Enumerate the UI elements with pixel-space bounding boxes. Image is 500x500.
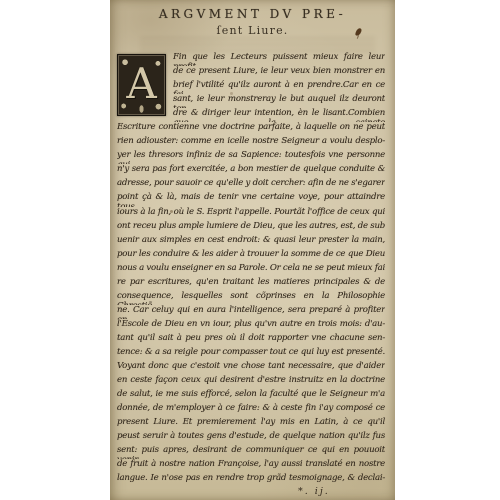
text-line: de fruit à nostre nation Françoise, l'ay… [117,459,385,473]
text-line: sant, ie leur monstreray le but auquel i… [173,94,385,108]
text-line: present Liure. Et premierement l'ay mis … [117,417,385,431]
text-line: tence: & a sa reigle pour compasser tout… [117,347,385,361]
woodcut-initial: A [117,54,166,116]
text-line: de salut, ie me suis efforcé, selon la f… [117,389,385,403]
text-line: en ceste façon ceux qui desirent d'estre… [117,375,385,389]
text-line: Voyant donc que c'estoit vne chose tant … [117,361,385,375]
text-line: rien adiouster: comme en icelle nostre S… [117,136,385,150]
text-line: tant qu'il sait à peu pres où il doit ra… [117,333,385,347]
text-line: peust seruir à toutes gens d'estude, de … [117,431,385,445]
book-page: ARGVMENT DV PRE- ſent Liure. A Fin que l… [110,0,395,500]
drop-cap-letter: A [118,55,165,113]
text-line: l'Escole de Dieu en vn iour, plus qu'vn … [117,319,385,333]
text-line: Fin que les Lecteurs puissent mieux fair… [173,52,385,66]
photo-background: { "page": { "title_line1": "ARGVMENT DV … [0,0,500,500]
text-line: ont receu plus ample lumiere de Dieu, qu… [117,221,385,235]
text-line: sent: puis apres, desirant de communique… [117,445,385,459]
text-line: consequence, lesquelles sont cõprinses e… [117,291,385,305]
text-line: point çà & là, mais de tenir vne certain… [117,192,385,206]
text-line: uenir aux simples en cest endroit: & qua… [117,235,385,249]
text-line: adresse, pour sauoir ce qu'elle y doit c… [117,178,385,192]
text-line: yer les thresors infiniz de sa Sapience:… [117,150,385,164]
text-line: pour les conduire & les aider à trouuer … [117,249,385,263]
body-text-block: A Fin que les Lecteurs puissent mieux fa… [117,52,385,487]
text-line: dre & diriger leur intention, èn le lisa… [173,108,385,122]
text-line: n'y sera pas fort exercitée, a bon mesti… [117,164,385,178]
text-line: re par escritures, qu'en traitant les ma… [117,277,385,291]
signature-mark: *. ij. [298,486,368,497]
text-line: Escriture contienne vne doctrine parfait… [117,122,385,136]
page-title: ARGVMENT DV PRE- [110,7,395,21]
text-line: de ce present Liure, ie leur veux bien m… [173,66,385,80]
bleed-through-smudge [140,34,375,52]
text-line: nous a voulu enseigner en sa Parole. Or … [117,263,385,277]
text-line: brief l'vtilité qu'ilz auront à en prend… [173,80,385,94]
text-line: iours à la fin, où le S. Esprit l'appell… [117,207,385,221]
text-line: donnée, de m'employer à ce faire: & à ce… [117,403,385,417]
text-line: ne. Car celuy qui en aura l'intelligence… [117,305,385,319]
